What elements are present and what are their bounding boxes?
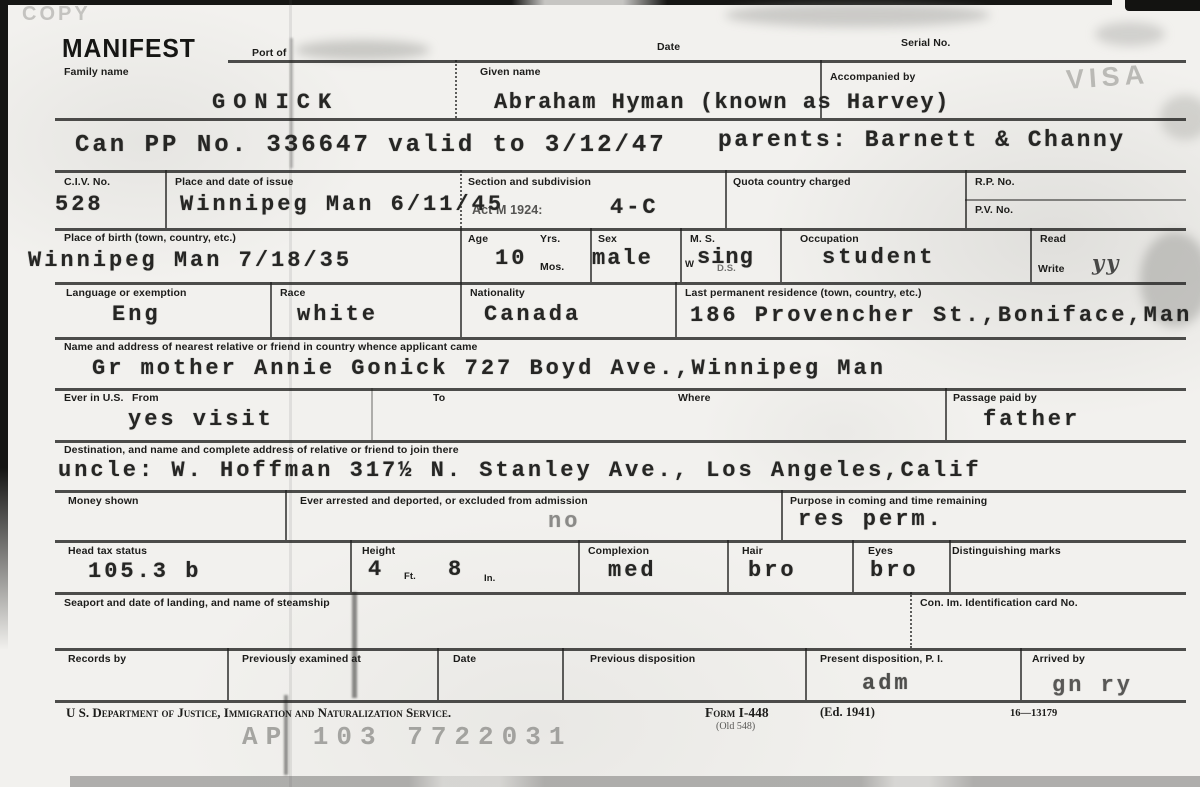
cell-divider [460,282,462,337]
from-value: yes visit [128,407,274,432]
scan-edge-top-right [1125,0,1200,11]
section-preprint: Act M 1924: [472,203,543,217]
hair-label: Hair [742,545,763,557]
cell-divider [562,648,564,700]
scan-edge-bottom [70,776,1200,787]
cell-divider [350,540,352,592]
seaport-label: Seaport and date of landing, and name of… [64,597,330,609]
serial-no-label: Serial No. [901,37,950,49]
cell-divider [945,388,947,440]
issue-label: Place and date of issue [175,176,293,188]
cell-divider [578,540,580,592]
scan-edge-left [0,0,8,650]
form-line [228,60,1186,63]
cell-divider [1030,228,1032,282]
sex-value: male [592,246,653,271]
form-line [965,199,1186,201]
pv-no-label: P.V. No. [975,204,1013,216]
race-label: Race [280,287,306,299]
ink-streak [352,592,357,698]
cell-divider [270,282,272,337]
head-tax-label: Head tax status [68,545,147,557]
hair-value: bro [748,558,797,583]
previous-disposition-label: Previous disposition [590,653,695,665]
mos-label: Mos. [540,261,564,273]
yrs-label: Yrs. [540,233,560,245]
marital-status-label: M. S. [690,233,715,245]
cell-divider [675,282,677,337]
records-by-label: Records by [68,653,126,665]
cell-divider [455,60,457,118]
residence-value: 186 Provencher St.,Boniface,Man [690,303,1192,328]
marital-preprint-w: W [685,259,694,270]
cell-divider [781,490,783,540]
read-label: Read [1040,233,1066,245]
birthplace-value: Winnipeg Man 7/18/35 [28,248,352,273]
family-name-label: Family name [64,66,129,78]
passport-note: Can PP No. 336647 valid to 3/12/47 [75,132,667,159]
form-line [55,648,1186,651]
occupation-label: Occupation [800,233,859,245]
cell-divider [725,170,727,228]
date-label: Date [657,41,680,53]
present-disposition-value: adm [862,671,911,696]
form-line [55,282,1186,285]
race-value: white [297,302,378,327]
form-line [55,540,1186,543]
write-label: Write [1038,263,1065,275]
cell-divider [965,170,967,228]
previously-examined-label: Previously examined at [242,653,361,665]
port-of-label: Port of [252,47,287,59]
arrested-label: Ever arrested and deported, or excluded … [300,495,588,507]
head-tax-value: 105.3 b [88,559,201,584]
port-of-smudge [295,40,430,60]
complexion-value: med [608,558,657,583]
read-write-value: yy [1092,250,1120,275]
cell-divider [165,170,167,228]
cell-divider [852,540,854,592]
form-number: Form I-448 [705,705,769,721]
from-label: From [132,392,159,404]
birthplace-label: Place of birth (town, country, etc.) [64,232,236,244]
cell-divider [727,540,729,592]
passage-paid-value: father [983,407,1080,432]
scan-edge-top [0,0,1112,5]
where-label: Where [678,392,711,404]
arrested-value: no [548,509,580,534]
sex-label: Sex [598,233,617,245]
form-line [55,592,1186,595]
cell-divider [460,228,462,282]
height-label: Height [362,545,395,557]
ever-in-us-label: Ever in U.S. [64,392,124,404]
purpose-label: Purpose in coming and time remaining [790,495,987,507]
top-center-smudge [725,3,990,27]
form-title: MANIFEST [62,33,196,64]
visa-stamp: VISA [1065,59,1150,96]
top-right-smudge [1095,22,1165,46]
height-ft-value: 4 [368,557,384,582]
residence-label: Last permanent residence (town, country,… [685,287,922,299]
form-line [55,388,1186,391]
cell-divider [680,228,682,282]
nearest-relative-label: Name and address of nearest relative or … [64,341,477,353]
nationality-label: Nationality [470,287,525,299]
language-label: Language or exemption [66,287,187,299]
eyes-label: Eyes [868,545,893,557]
family-name-value: GONICK [212,90,339,115]
given-name-label: Given name [480,66,541,78]
cell-divider [805,648,807,700]
manifest-document: COPY VISA AP 103 7722031 MANIFEST Port o… [0,0,1200,787]
form-line [55,490,1186,493]
cell-divider [780,228,782,282]
agency-imprint: U S. Department of Justice, Immigration … [66,705,451,721]
form-old-number: (Old 548) [716,721,755,732]
cell-divider [437,648,439,700]
section-label: Section and subdivision [468,176,591,188]
nationality-value: Canada [484,302,581,327]
form-line [55,337,1186,340]
occupation-value: student [822,245,935,270]
marital-preprint-ds: D.S. [717,263,736,274]
to-label: To [433,392,445,404]
date-examined-label: Date [453,653,476,665]
cell-divider [1020,648,1022,700]
distinguishing-marks-label: Distinguishing marks [952,545,1061,557]
form-edition: (Ed. 1941) [820,705,875,720]
complexion-label: Complexion [588,545,649,557]
given-name-value: Abraham Hyman (known as Harvey) [494,90,950,115]
ap-number-stamp: AP 103 7722031 [242,722,572,752]
eyes-value: bro [870,558,919,583]
form-line [55,170,1186,173]
present-disposition-label: Present disposition, P. I. [820,653,943,665]
arrived-by-value: gn ry [1052,673,1133,698]
ft-label: Ft. [404,571,416,582]
nearest-relative-value: Gr mother Annie Gonick 727 Boyd Ave.,Win… [92,356,886,381]
copy-stamp: COPY [22,3,91,26]
passage-paid-label: Passage paid by [953,392,1037,404]
cell-divider [285,490,287,540]
cell-divider [949,540,951,592]
section-value: 4-C [610,195,659,220]
form-line [55,440,1186,443]
destination-label: Destination, and name and complete addre… [64,444,459,456]
destination-value: uncle: W. Hoffman 317½ N. Stanley Ave., … [58,458,982,483]
accompanied-by-label: Accompanied by [830,71,915,83]
cell-divider [371,388,373,440]
parents-note: parents: Barnett & Channy [718,127,1126,153]
form-line [55,228,1186,231]
cell-divider [227,648,229,700]
age-value: 10 [495,246,527,271]
quota-country-label: Quota country charged [733,176,851,188]
purpose-value: res perm. [798,507,944,532]
form-line [55,118,1186,121]
rp-no-label: R.P. No. [975,176,1015,188]
print-code: 16—13179 [1010,708,1057,719]
arrived-by-label: Arrived by [1032,653,1085,665]
identification-card-label: Con. Im. Identification card No. [920,597,1078,609]
height-in-value: 8 [448,557,464,582]
age-label: Age [468,233,488,245]
civ-no-label: C.I.V. No. [64,176,110,188]
form-line [55,700,1186,703]
language-value: Eng [112,302,161,327]
money-shown-label: Money shown [68,495,139,507]
issue-value: Winnipeg Man 6/11/45 [180,192,504,217]
in-label: In. [484,573,495,584]
civ-no-value: 528 [55,192,104,217]
cell-divider [910,592,912,648]
